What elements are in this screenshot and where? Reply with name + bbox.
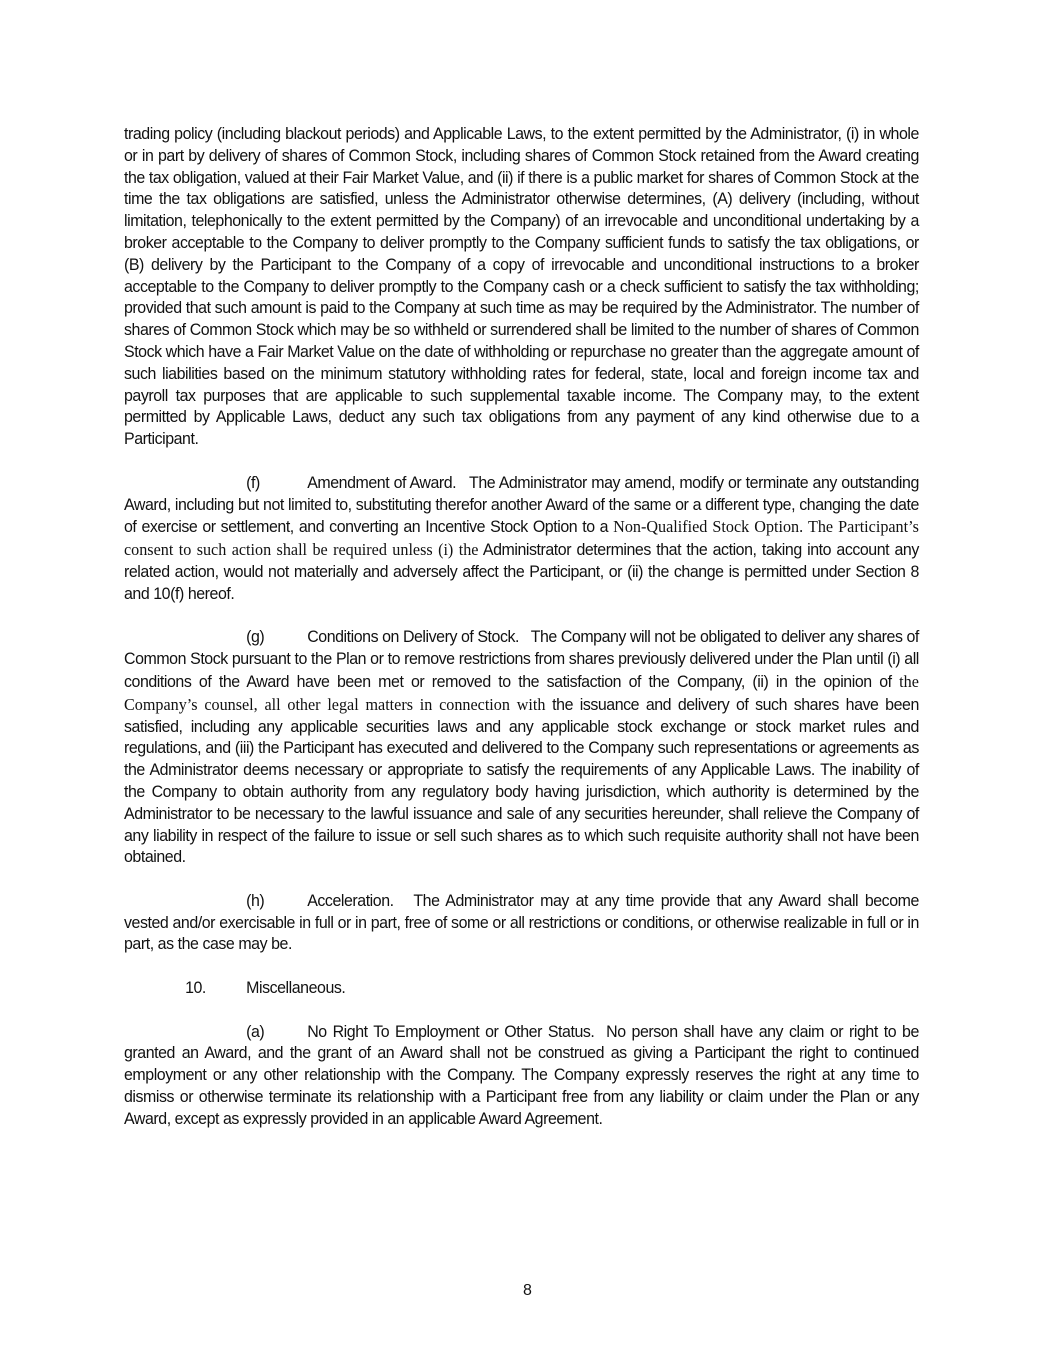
section-10-heading: Miscellaneous. [246, 979, 345, 997]
page-number: 8 [0, 1282, 1055, 1300]
section-h-heading: Acceleration. [307, 892, 393, 910]
section-10a-no-right-to-employment: (a)No Right To Employment or Other Statu… [124, 1022, 919, 1131]
section-h-label: (h) [246, 891, 307, 913]
paragraph-spacer [124, 451, 931, 473]
section-h-acceleration: (h)Acceleration. The Administrator may a… [124, 891, 919, 956]
paragraph-spacer [124, 606, 931, 628]
tax-withholding-continuation-paragraph: trading policy (including blackout perio… [124, 124, 919, 451]
paragraph-spacer [124, 956, 931, 978]
section-10a-heading: No Right To Employment or Other Status. [307, 1023, 594, 1041]
paragraph-spacer [124, 869, 931, 891]
section-g-heading: Conditions on Delivery of Stock. [307, 628, 519, 646]
section-f-amendment-of-award: (f)Amendment of Award. The Administrator… [124, 473, 919, 606]
section-g-label: (g) [246, 627, 307, 649]
section-h-text: The Administrator may at any time provid… [124, 892, 919, 954]
section-g-conditions-on-delivery: (g)Conditions on Delivery of Stock. The … [124, 627, 919, 869]
section-g-text-2: the issuance and delivery of such shares… [124, 696, 919, 867]
document-page: trading policy (including blackout perio… [124, 124, 931, 1131]
section-f-heading: Amendment of Award. [307, 474, 456, 492]
section-g-text-1: The Company will not be obligated to del… [124, 628, 919, 691]
section-10-heading-line: 10.Miscellaneous. [124, 978, 919, 1000]
paragraph-spacer [124, 1000, 931, 1022]
section-10a-label: (a) [246, 1022, 307, 1044]
section-f-label: (f) [246, 473, 307, 495]
section-10-number: 10. [185, 978, 246, 1000]
